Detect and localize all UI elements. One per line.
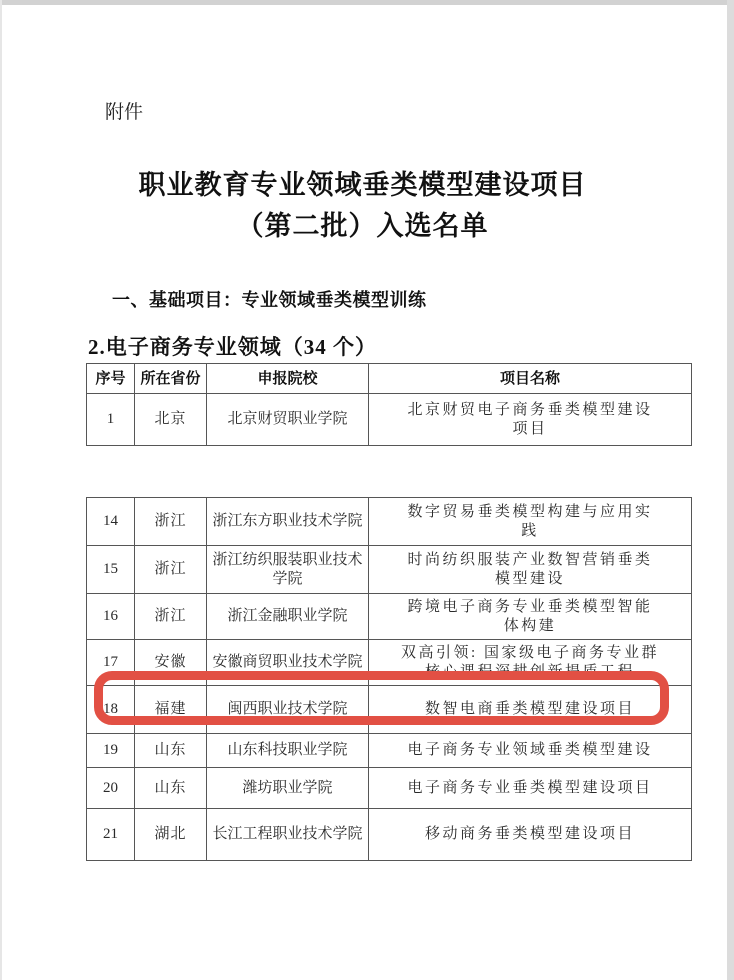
cell-college: 浙江东方职业技术学院 xyxy=(207,498,369,546)
table-row: 15 浙江 浙江纺织服装职业技术 学院 时尚纺织服装产业数智营销垂类 模型建设 xyxy=(87,546,692,594)
table-row: 16 浙江 浙江金融职业学院 跨境电子商务专业垂类模型智能 体构建 xyxy=(87,594,692,640)
cell-college: 山东科技职业学院 xyxy=(207,734,369,768)
cell-no: 21 xyxy=(87,809,135,861)
document-screenshot: 附件 职业教育专业领域垂类模型建设项目 （第二批）入选名单 一、基础项目：专业领… xyxy=(0,0,734,980)
header-no: 序号 xyxy=(87,364,135,394)
table-row: 19 山东 山东科技职业学院 电子商务专业领域垂类模型建设 xyxy=(87,734,692,768)
section-heading: 一、基础项目：专业领域垂类模型训练 xyxy=(112,286,427,312)
cell-province: 浙江 xyxy=(135,546,207,594)
table-segment-1: 序号 所在省份 申报院校 项目名称 1 北京 北京财贸职业学院 北京财贸电子商务… xyxy=(86,363,692,446)
table-header-row: 序号 所在省份 申报院校 项目名称 xyxy=(87,364,692,394)
cell-province: 湖北 xyxy=(135,809,207,861)
cell-project: 跨境电子商务专业垂类模型智能 体构建 xyxy=(369,594,692,640)
cell-no: 1 xyxy=(87,394,135,446)
cell-project: 数字贸易垂类模型构建与应用实 践 xyxy=(369,498,692,546)
header-project: 项目名称 xyxy=(369,364,692,394)
cell-no: 14 xyxy=(87,498,135,546)
subsection-heading: 2.电子商务专业领域（34 个） xyxy=(88,331,377,361)
cell-province: 山东 xyxy=(135,734,207,768)
cell-project: 移动商务垂类模型建设项目 xyxy=(369,809,692,861)
cell-province: 北京 xyxy=(135,394,207,446)
table-row: 20 山东 潍坊职业学院 电子商务专业垂类模型建设项目 xyxy=(87,768,692,809)
cell-no: 15 xyxy=(87,546,135,594)
table-row: 1 北京 北京财贸职业学院 北京财贸电子商务垂类模型建设 项目 xyxy=(87,394,692,446)
highlight-annotation-box xyxy=(94,671,669,725)
cell-project: 电子商务专业领域垂类模型建设 xyxy=(369,734,692,768)
cell-no: 16 xyxy=(87,594,135,640)
page-edge-top xyxy=(0,0,734,5)
cell-province: 山东 xyxy=(135,768,207,809)
cell-no: 19 xyxy=(87,734,135,768)
attachment-label: 附件 xyxy=(105,97,143,124)
page-edge-right xyxy=(727,0,734,980)
cell-college: 浙江纺织服装职业技术 学院 xyxy=(207,546,369,594)
page-edge-left xyxy=(0,0,2,980)
cell-province: 浙江 xyxy=(135,498,207,546)
header-province: 所在省份 xyxy=(135,364,207,394)
table-row: 21 湖北 长江工程职业技术学院 移动商务垂类模型建设项目 xyxy=(87,809,692,861)
document-title: 职业教育专业领域垂类模型建设项目 （第二批）入选名单 xyxy=(0,165,725,247)
table-row: 14 浙江 浙江东方职业技术学院 数字贸易垂类模型构建与应用实 践 xyxy=(87,498,692,546)
document-title-line1: 职业教育专业领域垂类模型建设项目 xyxy=(0,165,725,206)
cell-project: 北京财贸电子商务垂类模型建设 项目 xyxy=(369,394,692,446)
cell-college: 潍坊职业学院 xyxy=(207,768,369,809)
cell-college: 北京财贸职业学院 xyxy=(207,394,369,446)
cell-project: 时尚纺织服装产业数智营销垂类 模型建设 xyxy=(369,546,692,594)
header-college: 申报院校 xyxy=(207,364,369,394)
cell-college: 浙江金融职业学院 xyxy=(207,594,369,640)
cell-college: 长江工程职业技术学院 xyxy=(207,809,369,861)
cell-no: 20 xyxy=(87,768,135,809)
document-title-line2: （第二批）入选名单 xyxy=(0,206,725,247)
cell-project: 电子商务专业垂类模型建设项目 xyxy=(369,768,692,809)
cell-province: 浙江 xyxy=(135,594,207,640)
